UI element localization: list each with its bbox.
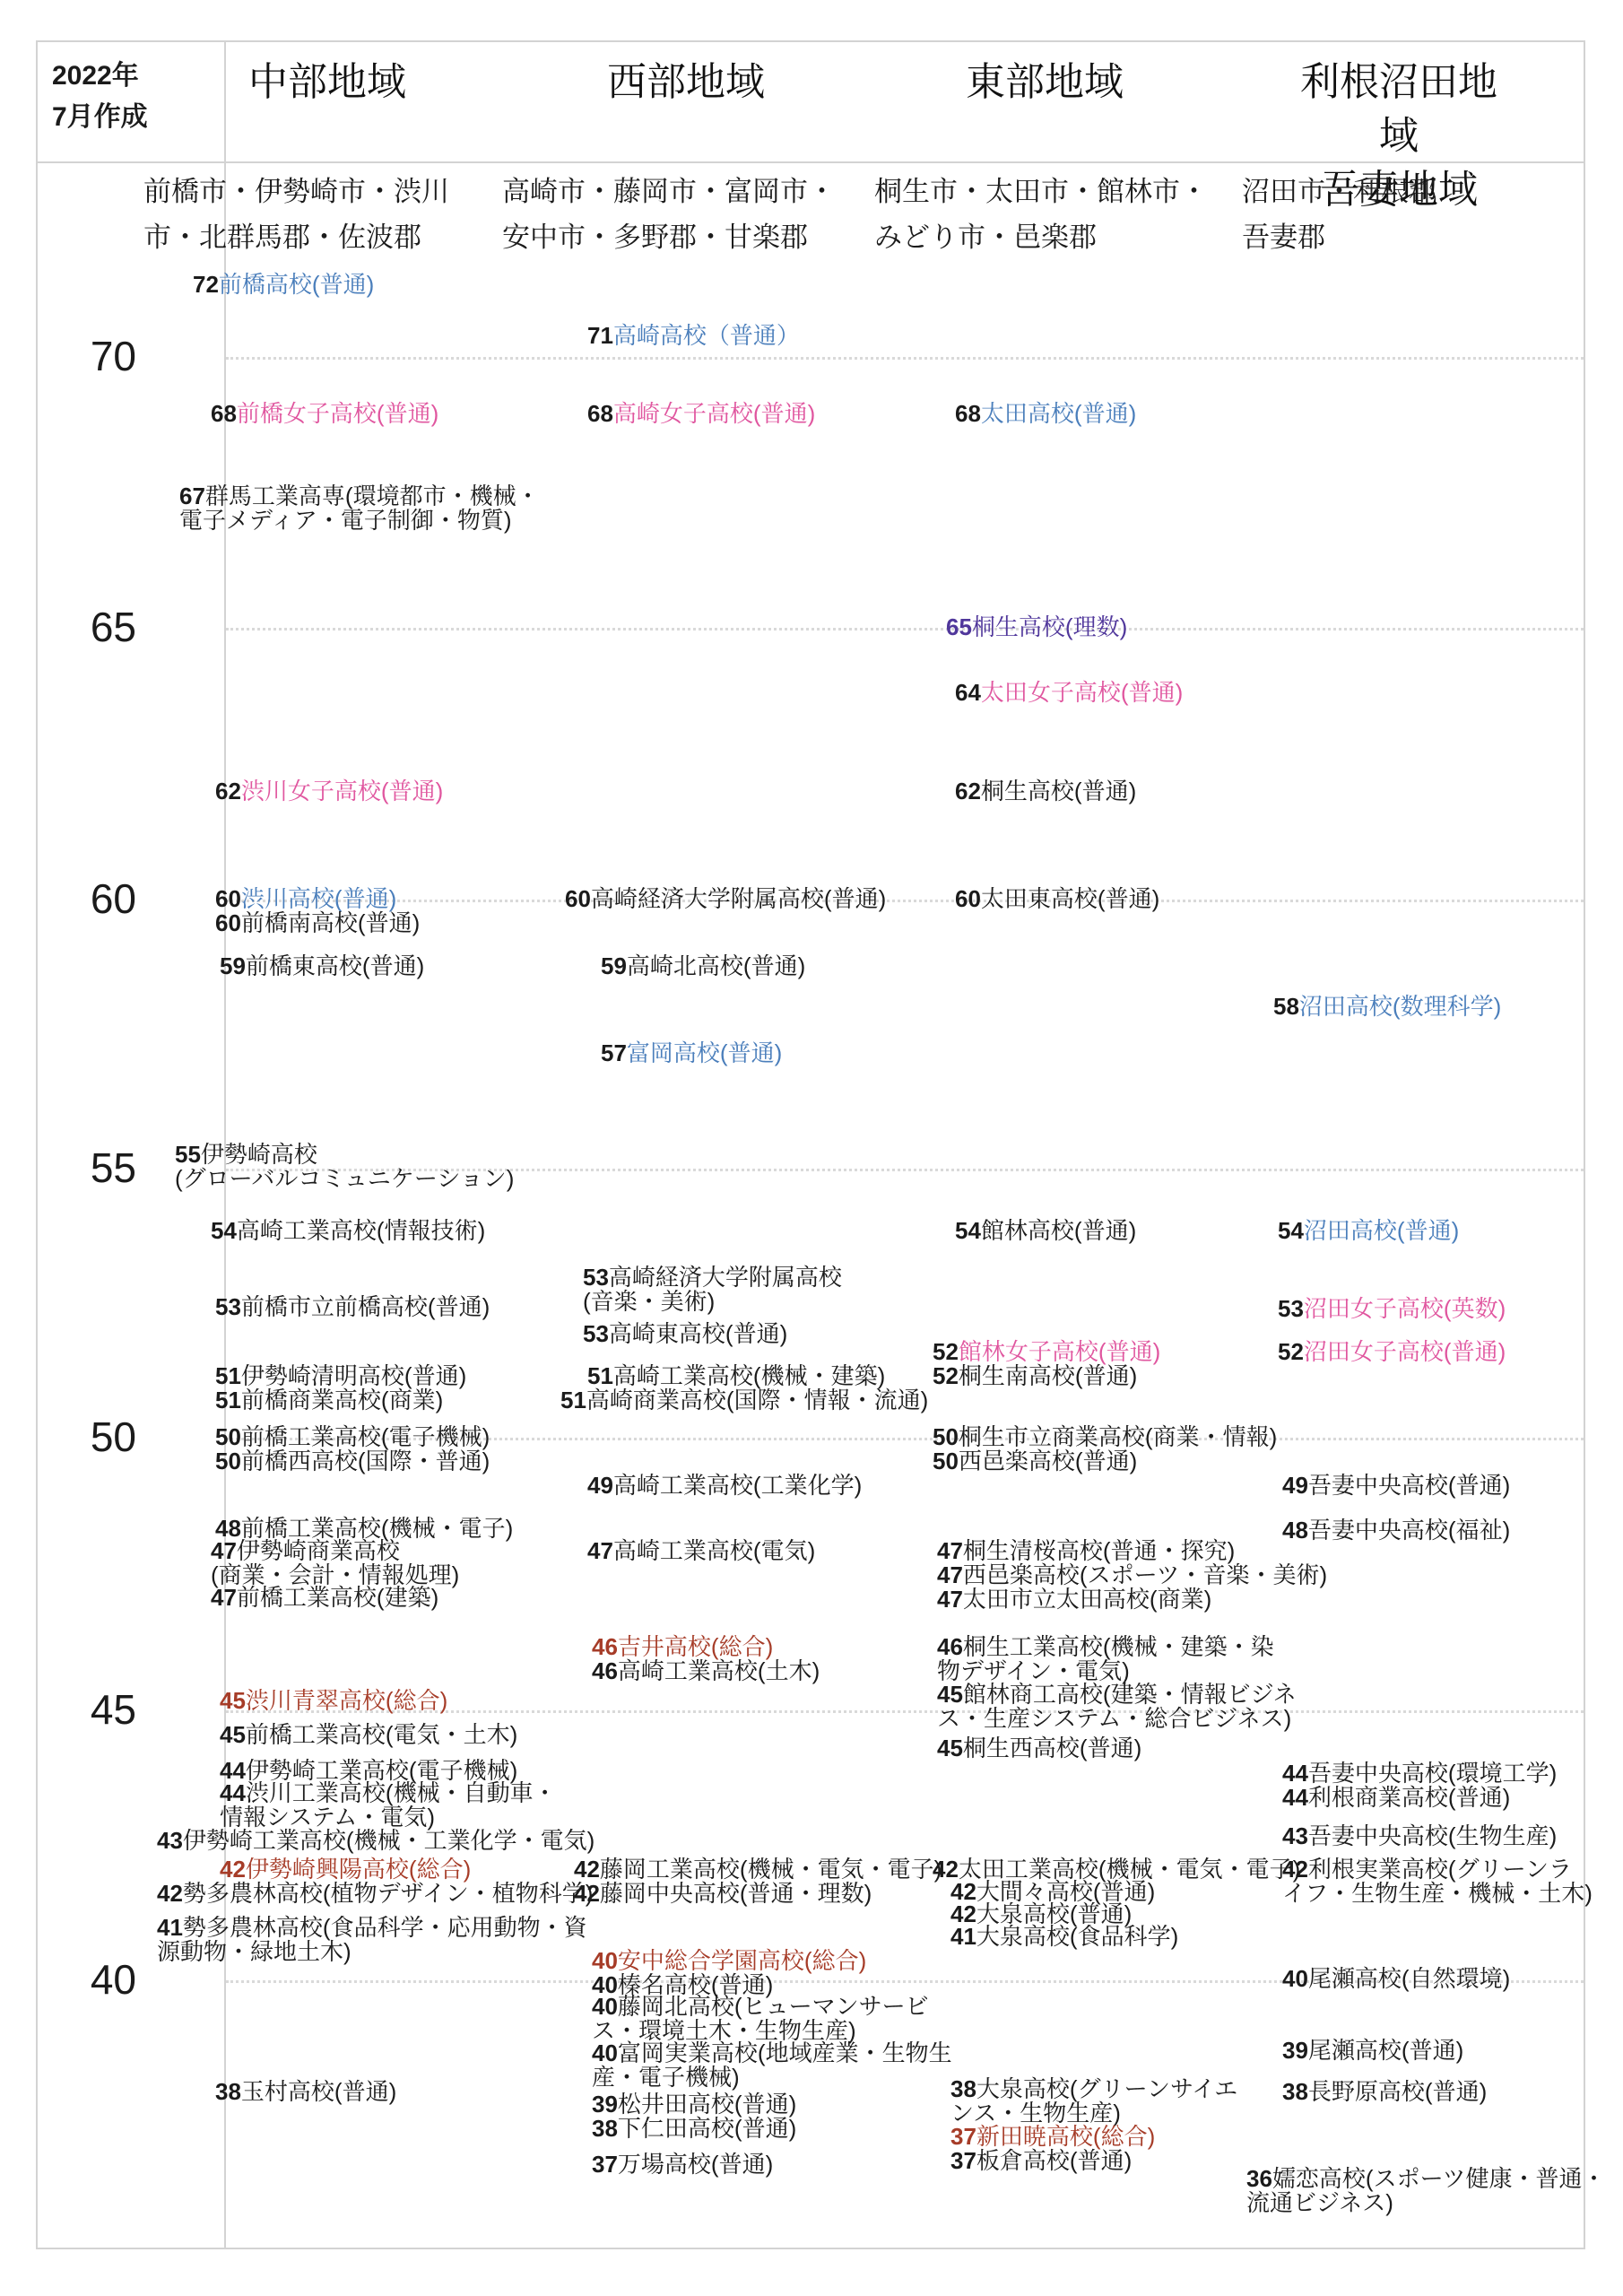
school-entry: 48吾妻中央高校(福祉): [1282, 1518, 1510, 1543]
entry-score: 47: [211, 1537, 237, 1564]
school-entry: 50前橋工業高校(電子機械): [215, 1425, 490, 1449]
entry-score: 71: [587, 322, 613, 349]
school-entry: 46吉井高校(総合): [592, 1635, 773, 1659]
entry-score: 53: [583, 1264, 609, 1291]
entry-score: 40: [592, 1993, 618, 2020]
entry-name: 高崎高校（普通）: [613, 322, 800, 349]
entry-score: 38: [1282, 2078, 1308, 2105]
entry-score: 46: [592, 1633, 618, 1660]
school-entry: 42勢多農林高校(植物デザイン・植物科学): [157, 1882, 593, 1906]
school-entry: 46桐生工業高校(機械・建築・染 物デザイン・電気): [937, 1635, 1274, 1683]
school-entry: 47伊勢崎商業高校 (商業・会計・情報処理): [211, 1539, 459, 1587]
entry-score: 60: [215, 885, 241, 912]
entry-score: 42: [157, 1880, 183, 1907]
entry-name: 高崎北高校(普通): [627, 952, 805, 979]
entry-name: 高崎東高校(普通): [609, 1320, 787, 1347]
school-entry: 53高崎東高校(普通): [583, 1322, 787, 1346]
entry-score: 42: [220, 1856, 246, 1883]
entry-score: 47: [937, 1537, 963, 1564]
entry-name: 高崎女子高校(普通): [613, 400, 815, 427]
school-entry: 47前橋工業高校(建築): [211, 1586, 438, 1610]
school-entry: 40富岡実業高校(地域産業・生物生 産・電子機械): [592, 2041, 952, 2090]
entry-name: 群馬工業高専(環境都市・機械・ 電子メディア・電子制御・物質): [179, 483, 540, 534]
entry-score: 41: [950, 1923, 976, 1950]
entry-name: 伊勢崎興陽高校(総合): [246, 1856, 471, 1883]
school-entry: 60高崎経済大学附属高校(普通): [565, 887, 886, 911]
entry-name: 太田東高校(普通): [981, 885, 1159, 912]
gridline: [226, 357, 1584, 360]
entry-name: 藤岡中央高校(普通・理数): [600, 1880, 872, 1907]
school-entry: 65桐生高校(理数): [946, 615, 1127, 639]
entry-name: 西邑楽高校(普通): [959, 1448, 1137, 1474]
region-cities: 前橋市・伊勢崎市・渋川 市・北群馬郡・佐波郡: [143, 169, 449, 260]
school-entry: 45館林商工高校(建築・情報ビジネ ス・生産システム・総合ビジネス): [937, 1683, 1297, 1731]
entry-score: 40: [592, 1947, 618, 1974]
entry-score: 48: [1282, 1517, 1308, 1544]
school-entry: 51前橋商業高校(商業): [215, 1388, 443, 1413]
entry-name: 富岡実業高校(地域産業・生物生 産・電子機械): [592, 2039, 952, 2091]
created-label: 2022年 7月作成: [52, 56, 148, 138]
school-entry: 54高崎工業高校(情報技術): [211, 1219, 485, 1243]
entry-score: 37: [592, 2151, 618, 2178]
school-entry: 44吾妻中央高校(環境工学): [1282, 1761, 1557, 1786]
school-entry: 37板倉高校(普通): [950, 2149, 1132, 2173]
axis-tick-label: 40: [36, 1955, 136, 2004]
entry-name: 太田高校(普通): [981, 400, 1136, 427]
school-entry: 54館林高校(普通): [955, 1219, 1136, 1243]
entry-name: 吾妻中央高校(福祉): [1308, 1517, 1510, 1544]
entry-score: 51: [215, 1362, 241, 1389]
entry-score: 37: [950, 2147, 976, 2174]
entry-name: 館林商工高校(建築・情報ビジネ ス・生産システム・総合ビジネス): [937, 1681, 1297, 1732]
school-entry: 44利根商業高校(普通): [1282, 1786, 1510, 1810]
entry-name: 藤岡北高校(ヒューマンサービ ス・環境土木・生物生産): [592, 1993, 929, 2044]
entry-name: 渋川女子高校(普通): [241, 778, 443, 804]
entry-name: 万場高校(普通): [618, 2151, 773, 2178]
entry-score: 52: [933, 1338, 959, 1365]
school-entry: 53前橋市立前橋高校(普通): [215, 1295, 490, 1319]
entry-name: 板倉高校(普通): [976, 2147, 1132, 2174]
entry-score: 44: [1282, 1760, 1308, 1787]
entry-name: 前橋高校(普通): [219, 271, 374, 298]
entry-score: 42: [1282, 1856, 1308, 1883]
school-entry: 38大泉高校(グリーンサイエ ンス・生物生産): [950, 2077, 1237, 2126]
entry-score: 62: [215, 778, 241, 804]
entry-name: 前橋工業高校(電子機械): [241, 1423, 490, 1450]
entry-score: 54: [211, 1217, 237, 1244]
entry-score: 49: [587, 1472, 613, 1499]
school-entry: 37万場高校(普通): [592, 2152, 773, 2177]
entry-name: 沼田高校(普通): [1304, 1217, 1459, 1244]
entry-name: 沼田女子高校(英数): [1304, 1295, 1506, 1322]
entry-name: 桐生市立商業高校(商業・情報): [959, 1423, 1277, 1450]
region-title: 西部地域: [607, 56, 765, 109]
school-entry: 43吾妻中央高校(生物生産): [1282, 1824, 1557, 1848]
axis-tick-label: 55: [36, 1144, 136, 1192]
entry-name: 桐生工業高校(機械・建築・染 物デザイン・電気): [937, 1633, 1274, 1684]
region-cities: 高崎市・藤岡市・富岡市・ 安中市・多野郡・甘楽郡: [502, 169, 836, 260]
school-entry: 40藤岡北高校(ヒューマンサービ ス・環境土木・生物生産): [592, 1995, 929, 2043]
entry-name: 前橋工業高校(建築): [237, 1584, 438, 1611]
school-entry: 51高崎工業高校(機械・建築): [587, 1364, 885, 1388]
entry-score: 52: [933, 1362, 959, 1389]
school-entry: 71高崎高校（普通）: [587, 324, 800, 348]
entry-name: 館林女子高校(普通): [959, 1338, 1160, 1365]
entry-score: 62: [955, 778, 981, 804]
school-entry: 38長野原高校(普通): [1282, 2080, 1487, 2104]
axis-tick-label: 70: [36, 332, 136, 380]
school-entry: 49高崎工業高校(工業化学): [587, 1474, 862, 1498]
entry-name: 藤岡工業高校(機械・電気・電子): [600, 1856, 942, 1883]
school-entry: 64太田女子高校(普通): [955, 681, 1183, 705]
entry-score: 42: [574, 1856, 600, 1883]
school-entry: 52桐生南高校(普通): [933, 1364, 1137, 1388]
entry-score: 46: [592, 1657, 618, 1684]
entry-name: 桐生高校(理数): [972, 613, 1127, 640]
school-entry: 45前橋工業高校(電気・土木): [220, 1723, 517, 1747]
entry-name: 伊勢崎工業高校(機械・工業化学・電気): [183, 1827, 595, 1854]
entry-score: 59: [220, 952, 246, 979]
school-entry: 42藤岡工業高校(機械・電気・電子): [574, 1857, 942, 1882]
school-entry: 47太田市立太田高校(商業): [937, 1587, 1211, 1612]
entry-name: 富岡高校(普通): [627, 1039, 782, 1066]
entry-score: 59: [601, 952, 627, 979]
entry-name: 高崎経済大学附属高校(普通): [591, 885, 886, 912]
entry-name: 桐生西高校(普通): [963, 1735, 1141, 1761]
entry-name: 桐生南高校(普通): [959, 1362, 1137, 1389]
entry-score: 39: [1282, 2037, 1308, 2064]
entry-name: 桐生高校(普通): [981, 778, 1136, 804]
entry-name: 勢多農林高校(食品科学・応用動物・資 源動物・緑地土木): [157, 1914, 587, 1965]
entry-score: 65: [946, 613, 972, 640]
axis-tick-label: 65: [36, 603, 136, 651]
entry-score: 41: [157, 1914, 183, 1941]
entry-name: 高崎工業高校(工業化学): [613, 1472, 862, 1499]
entry-score: 45: [220, 1687, 246, 1714]
school-entry: 55伊勢崎高校 (グローバルコミュニケーション): [175, 1143, 514, 1191]
school-entry: 42藤岡中央高校(普通・理数): [574, 1882, 872, 1906]
school-entry: 54沼田高校(普通): [1278, 1219, 1459, 1243]
entry-score: 54: [955, 1217, 981, 1244]
school-entry: 45渋川青翠高校(総合): [220, 1689, 447, 1713]
entry-name: 下仁田高校(普通): [618, 2115, 796, 2142]
school-entry: 41大泉高校(食品科学): [950, 1925, 1178, 1949]
entry-score: 67: [179, 483, 205, 509]
school-entry: 62桐生高校(普通): [955, 779, 1136, 804]
school-entry: 53高崎経済大学附属高校 (音楽・美術): [583, 1265, 842, 1314]
entry-score: 53: [583, 1320, 609, 1347]
entry-score: 58: [1273, 993, 1299, 1020]
entry-name: 大泉高校(グリーンサイエ ンス・生物生産): [950, 2075, 1237, 2126]
region-cities: 沼田市・利根郡 吾妻郡: [1242, 169, 1436, 260]
entry-name: 太田女子高校(普通): [981, 679, 1183, 706]
axis-tick-label: 50: [36, 1413, 136, 1461]
entry-score: 64: [955, 679, 981, 706]
school-entry: 50西邑楽高校(普通): [933, 1449, 1137, 1474]
entry-score: 54: [1278, 1217, 1304, 1244]
entry-score: 47: [937, 1586, 963, 1613]
entry-name: 前橋女子高校(普通): [237, 400, 438, 427]
entry-name: 前橋東高校(普通): [246, 952, 424, 979]
school-entry: 38下仁田高校(普通): [592, 2117, 796, 2141]
entry-score: 53: [215, 1293, 241, 1320]
entry-name: 吉井高校(総合): [618, 1633, 773, 1660]
entry-score: 68: [211, 400, 237, 427]
entry-score: 72: [193, 271, 219, 298]
school-entry: 41勢多農林高校(食品科学・応用動物・資 源動物・緑地土木): [157, 1916, 587, 1964]
entry-score: 51: [587, 1362, 613, 1389]
entry-name: 桐生清桜高校(普通・探究): [963, 1537, 1235, 1564]
entry-score: 49: [1282, 1472, 1308, 1499]
school-entry: 68太田高校(普通): [955, 402, 1136, 426]
entry-name: 玉村高校(普通): [241, 2078, 396, 2105]
school-entry: 50前橋西高校(国際・普通): [215, 1449, 490, 1474]
entry-score: 53: [1278, 1295, 1304, 1322]
school-entry: 59前橋東高校(普通): [220, 954, 424, 978]
region-cities: 桐生市・太田市・館林市・ みどり市・邑楽郡: [874, 169, 1208, 260]
school-entry: 51伊勢崎清明高校(普通): [215, 1364, 466, 1388]
entry-name: 渋川工業高校(機械・自動車・ 情報システム・電気): [220, 1779, 557, 1831]
school-entry: 60太田東高校(普通): [955, 887, 1159, 911]
entry-name: 高崎経済大学附属高校 (音楽・美術): [583, 1264, 842, 1315]
entry-name: 尾瀬高校(普通): [1308, 2037, 1463, 2064]
entry-name: 伊勢崎高校 (グローバルコミュニケーション): [175, 1141, 514, 1192]
entry-name: 伊勢崎清明高校(普通): [241, 1362, 466, 1389]
entry-name: 前橋市立前橋高校(普通): [241, 1293, 490, 1320]
school-entry: 52沼田女子高校(普通): [1278, 1340, 1506, 1364]
entry-score: 50: [933, 1423, 959, 1450]
entry-score: 36: [1246, 2165, 1272, 2192]
school-entry: 44渋川工業高校(機械・自動車・ 情報システム・電気): [220, 1781, 557, 1830]
entry-score: 68: [587, 400, 613, 427]
entry-score: 47: [587, 1537, 613, 1564]
entry-score: 43: [1282, 1822, 1308, 1849]
entry-score: 60: [955, 885, 981, 912]
school-entry: 42利根実業高校(グリーンラ イフ・生物生産・機械・土木): [1282, 1857, 1593, 1906]
school-entry: 50桐生市立商業高校(商業・情報): [933, 1425, 1277, 1449]
entry-score: 42: [574, 1880, 600, 1907]
entry-name: 館林高校(普通): [981, 1217, 1136, 1244]
entry-name: 吾妻中央高校(普通): [1308, 1472, 1510, 1499]
entry-name: 高崎工業高校(機械・建築): [613, 1362, 885, 1389]
entry-name: 前橋商業高校(商業): [241, 1387, 443, 1413]
school-entry: 43伊勢崎工業高校(機械・工業化学・電気): [157, 1829, 595, 1853]
entry-name: 松井田高校(普通): [618, 2091, 796, 2118]
school-entry: 49吾妻中央高校(普通): [1282, 1474, 1510, 1498]
school-entry: 40安中総合学園高校(総合): [592, 1949, 866, 1973]
entry-name: 利根商業高校(普通): [1308, 1784, 1510, 1811]
entry-score: 38: [215, 2078, 241, 2105]
entry-score: 43: [157, 1827, 183, 1854]
axis-tick-label: 45: [36, 1685, 136, 1734]
entry-name: 沼田高校(数理科学): [1299, 993, 1501, 1020]
entry-score: 46: [937, 1633, 963, 1660]
entry-name: 尾瀬高校(自然環境): [1308, 1965, 1510, 1992]
region-title: 東部地域: [966, 56, 1124, 109]
entry-name: 勢多農林高校(植物デザイン・植物科学): [183, 1880, 594, 1907]
school-entry: 39松井田高校(普通): [592, 2092, 796, 2117]
entry-score: 50: [933, 1448, 959, 1474]
deviation-score-chart: 2022年 7月作成 中部地域前橋市・伊勢崎市・渋川 市・北群馬郡・佐波郡西部地…: [0, 0, 1623, 2296]
entry-name: 沼田女子高校(普通): [1304, 1338, 1506, 1365]
entry-name: 吾妻中央高校(環境工学): [1308, 1760, 1557, 1787]
entry-score: 40: [592, 2039, 618, 2066]
entry-name: 高崎工業高校(土木): [618, 1657, 820, 1684]
entry-name: 前橋工業高校(電気・土木): [246, 1721, 517, 1748]
entry-score: 55: [175, 1141, 201, 1168]
region-title: 中部地域: [248, 56, 406, 109]
entry-name: 伊勢崎商業高校 (商業・会計・情報処理): [211, 1537, 459, 1588]
school-entry: 60前橋南高校(普通): [215, 911, 420, 935]
school-entry: 38玉村高校(普通): [215, 2080, 396, 2104]
entry-name: 西邑楽高校(スポーツ・音楽・美術): [963, 1561, 1327, 1588]
entry-name: 安中総合学園高校(総合): [618, 1947, 866, 1974]
school-entry: 51高崎商業高校(国際・情報・流通): [560, 1388, 928, 1413]
school-entry: 68高崎女子高校(普通): [587, 402, 815, 426]
entry-score: 60: [565, 885, 591, 912]
entry-name: 吾妻中央高校(生物生産): [1308, 1822, 1557, 1849]
entry-name: 渋川青翠高校(総合): [246, 1687, 447, 1714]
entry-score: 51: [215, 1387, 241, 1413]
entry-score: 40: [1282, 1965, 1308, 1992]
entry-score: 39: [592, 2091, 618, 2118]
entry-name: 前橋南高校(普通): [241, 909, 420, 936]
entry-name: 高崎工業高校(電気): [613, 1537, 815, 1564]
school-entry: 67群馬工業高専(環境都市・機械・ 電子メディア・電子制御・物質): [179, 484, 540, 533]
entry-name: 前橋西高校(国際・普通): [241, 1448, 490, 1474]
gridline: [226, 900, 1584, 902]
entry-name: 嬬恋高校(スポーツ健康・普通・ 流通ビジネス): [1246, 2165, 1606, 2216]
entry-score: 50: [215, 1448, 241, 1474]
entry-score: 68: [955, 400, 981, 427]
entry-name: 高崎商業高校(国際・情報・流通): [586, 1387, 928, 1413]
entry-score: 45: [937, 1735, 963, 1761]
school-entry: 42伊勢崎興陽高校(総合): [220, 1857, 471, 1882]
entry-score: 60: [215, 909, 241, 936]
school-entry: 72前橋高校(普通): [193, 273, 374, 297]
entry-name: 大泉高校(食品科学): [976, 1923, 1178, 1950]
school-entry: 46高崎工業高校(土木): [592, 1659, 820, 1683]
school-entry: 59高崎北高校(普通): [601, 954, 805, 978]
entry-name: 新田暁高校(総合): [976, 2123, 1155, 2150]
school-entry: 68前橋女子高校(普通): [211, 402, 438, 426]
school-entry: 57富岡高校(普通): [601, 1041, 782, 1065]
entry-name: 長野原高校(普通): [1308, 2078, 1487, 2105]
entry-score: 38: [950, 2075, 976, 2102]
school-entry: 52館林女子高校(普通): [933, 1340, 1160, 1364]
entry-score: 44: [220, 1779, 246, 1806]
entry-score: 45: [937, 1681, 963, 1708]
entry-score: 37: [950, 2123, 976, 2150]
school-entry: 37新田暁高校(総合): [950, 2125, 1155, 2149]
entry-name: 渋川高校(普通): [241, 885, 396, 912]
school-entry: 47高崎工業高校(電気): [587, 1539, 815, 1563]
entry-score: 38: [592, 2115, 618, 2142]
entry-score: 44: [1282, 1784, 1308, 1811]
school-entry: 60渋川高校(普通): [215, 887, 396, 911]
school-entry: 36嬬恋高校(スポーツ健康・普通・ 流通ビジネス): [1246, 2167, 1606, 2215]
axis-tick-label: 60: [36, 874, 136, 923]
school-entry: 47西邑楽高校(スポーツ・音楽・美術): [937, 1563, 1327, 1587]
school-entry: 53沼田女子高校(英数): [1278, 1297, 1506, 1321]
entry-score: 47: [937, 1561, 963, 1588]
entry-score: 57: [601, 1039, 627, 1066]
entry-score: 47: [211, 1584, 237, 1611]
school-entry: 40尾瀬高校(自然環境): [1282, 1967, 1510, 1991]
entry-name: 太田市立太田高校(商業): [963, 1586, 1211, 1613]
entry-name: 利根実業高校(グリーンラ イフ・生物生産・機械・土木): [1282, 1856, 1593, 1907]
entry-score: 50: [215, 1423, 241, 1450]
gridline: [226, 628, 1584, 631]
school-entry: 62渋川女子高校(普通): [215, 779, 443, 804]
school-entry: 47桐生清桜高校(普通・探究): [937, 1539, 1235, 1563]
entry-name: 高崎工業高校(情報技術): [237, 1217, 485, 1244]
school-entry: 58沼田高校(数理科学): [1273, 995, 1501, 1019]
entry-score: 51: [560, 1387, 586, 1413]
entry-score: 52: [1278, 1338, 1304, 1365]
school-entry: 45桐生西高校(普通): [937, 1736, 1141, 1761]
entry-score: 45: [220, 1721, 246, 1748]
school-entry: 39尾瀬高校(普通): [1282, 2039, 1463, 2063]
